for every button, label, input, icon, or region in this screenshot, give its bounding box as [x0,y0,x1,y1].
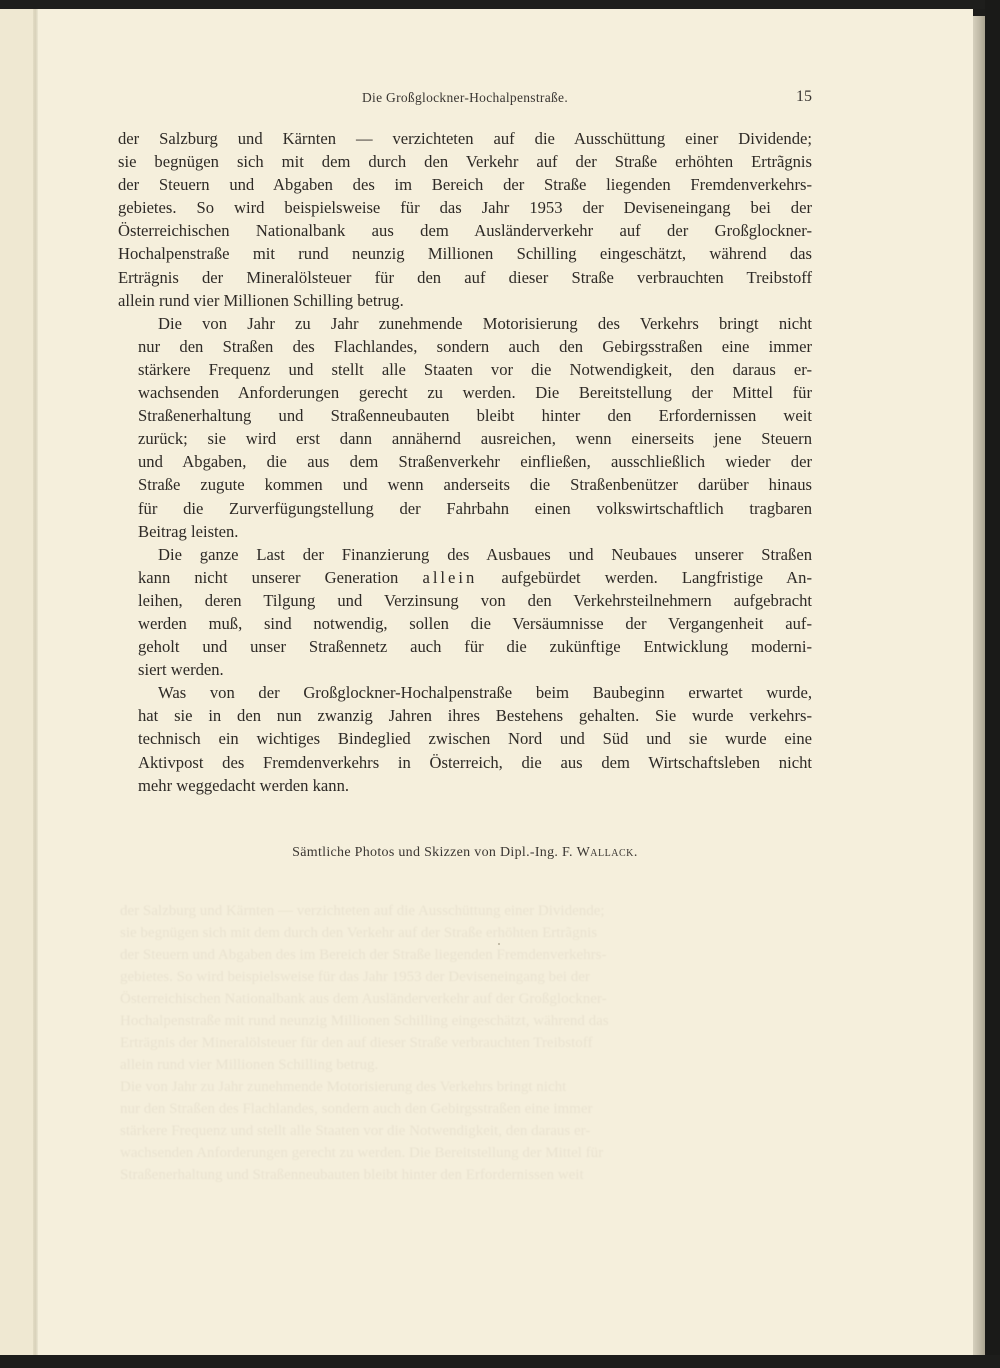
paragraph-3: Die ganze Last der Finanzierung des Ausb… [118,543,812,682]
body-text: der Salzburg und Kärnten — verzichteten … [118,127,812,797]
text-line: Was von der Großglockner-Hochalpenstraße… [118,681,812,704]
running-head: Die Großglockner-Hochalpenstraße. 15 [118,88,812,108]
text-line: stärkere Frequenz und stellt alle Staate… [118,358,812,381]
text-line: Straße zugute kommen und wenn anderseits… [118,473,812,496]
text-line: der Steuern und Abgaben des im Bereich d… [118,173,812,196]
text-line: Straßenerhaltung und Straßenneubauten bl… [118,404,812,427]
text-line: Die von Jahr zu Jahr zunehmende Motorisi… [118,312,812,335]
running-title: Die Großglockner-Hochalpenstraße. [118,90,812,106]
text-line: nur den Straßen des Flachlandes, sondern… [118,335,812,358]
text-line: Aktivpost des Fremdenverkehrs in Österre… [118,751,812,774]
text-line: der Salzburg und Kärnten — verzichteten … [118,127,812,150]
text-line: siert werden. [118,658,812,681]
text-line: wachsenden Anforderungen gerecht zu werd… [118,381,812,404]
credits-text: Sämtliche Photos und Skizzen von Dipl.-I… [292,845,573,860]
text-line: Erträgnis der Mineralölsteuer für den au… [118,266,812,289]
scan-border-bottom [0,1355,1000,1368]
photo-credits: Sämtliche Photos und Skizzen von Dipl.-I… [118,845,812,861]
text-line: technisch ein wichtiges Bindeglied zwisc… [118,727,812,750]
paper-speck [498,943,500,945]
text-line: mehr weggedacht werden kann. [118,774,812,797]
text-line: leihen, deren Tilgung und Verzinsung von… [118,589,812,612]
paragraph-1: der Salzburg und Kärnten — verzichteten … [118,127,812,312]
emphasis-spaced: allein [422,568,477,587]
show-through-text: der Salzburg und Kärnten — verzichteten … [120,900,820,1190]
text-line: geholt und unser Straßennetz auch für di… [118,635,812,658]
scan-border-top [0,0,1000,9]
text-line: allein rund vier Millionen Schilling bet… [118,289,812,312]
paragraph-4: Was von der Großglockner-Hochalpenstraße… [118,681,812,796]
text-line: Die ganze Last der Finanzierung des Ausb… [118,543,812,566]
text-line: Beitrag leisten. [118,520,812,543]
paragraph-2: Die von Jahr zu Jahr zunehmende Motorisi… [118,312,812,543]
text-line: Hochalpenstraße mit rund neunzig Million… [118,242,812,265]
text-line: für die Zurverfügungstellung der Fahrbah… [118,497,812,520]
facing-page-edge [0,9,36,1357]
text-line: Österreichischen Nationalbank aus dem Au… [118,219,812,242]
credits-author: Wallack. [577,845,638,860]
text-line: sie begnügen sich mit dem durch den Verk… [118,150,812,173]
page-number: 15 [796,88,812,106]
text-line: und Abgaben, die aus dem Straßenverkehr … [118,450,812,473]
scan-border-right [985,0,1000,1368]
text-line: hat sie in den nun zwanzig Jahren ihres … [118,704,812,727]
text-line: kann nicht unserer Generation allein auf… [118,566,812,589]
text-line: gebietes. So wird beispielsweise für das… [118,196,812,219]
text-line: werden muß, sind notwendig, sollen die V… [118,612,812,635]
text-line: zurück; sie wird erst dann annähernd aus… [118,427,812,450]
page-stack-edge [973,16,985,1356]
